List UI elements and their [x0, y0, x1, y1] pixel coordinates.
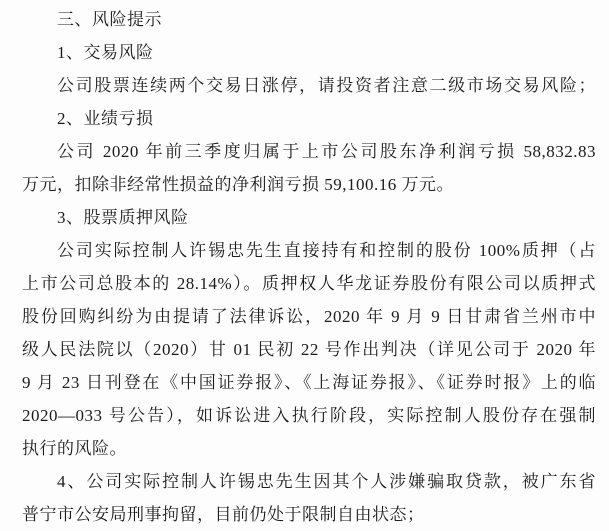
text-line: 9 月 23 日刊登在《中国证券报》、《上海证券报》、《证券时报》上的临 — [22, 366, 596, 399]
section-heading: 2、业绩亏损 — [22, 102, 596, 135]
text-line: 上市公司总股本的 28.14%）。质押权人华龙证券股份有限公司以质押式 — [22, 267, 596, 300]
text-line: 级人民法院以（2020）甘 01 民初 22 号作出判决（详见公司于 2020 … — [22, 333, 596, 366]
text-line: 万元，扣除非经常性损益的净利润亏损 59,100.16 万元。 — [22, 168, 596, 201]
text-line: 执行的风险。 — [22, 432, 596, 465]
text-line: 股份回购纠纷为由提请了法律诉讼，2020 年 9 月 9 日甘肃省兰州市中 — [22, 300, 596, 333]
section-heading: 1、交易风险 — [22, 36, 596, 69]
text-line: 普宁市公安局刑事拘留，目前仍处于限制自由状态； — [22, 498, 596, 531]
text-line: 公司 2020 年前三季度归属于上市公司股东净利润亏损 58,832.83 — [22, 135, 596, 168]
text-line: 4、公司实际控制人许锡忠先生因其个人涉嫌骗取贷款，被广东省 — [22, 465, 596, 498]
text-line: 公司股票连续两个交易日涨停，请投资者注意二级市场交易风险； — [22, 69, 596, 102]
document-page: 三、风险提示1、交易风险公司股票连续两个交易日涨停，请投资者注意二级市场交易风险… — [0, 0, 609, 531]
document-body: 三、风险提示1、交易风险公司股票连续两个交易日涨停，请投资者注意二级市场交易风险… — [0, 0, 609, 531]
text-line: 公司实际控制人许锡忠先生直接持有和控制的股份 100%质押（占 — [22, 234, 596, 267]
section-heading: 3、股票质押风险 — [22, 201, 596, 234]
section-heading: 三、风险提示 — [22, 3, 596, 36]
text-line: 2020—033 号公告），如诉讼进入执行阶段，实际控制人股份存在强制 — [22, 399, 596, 432]
